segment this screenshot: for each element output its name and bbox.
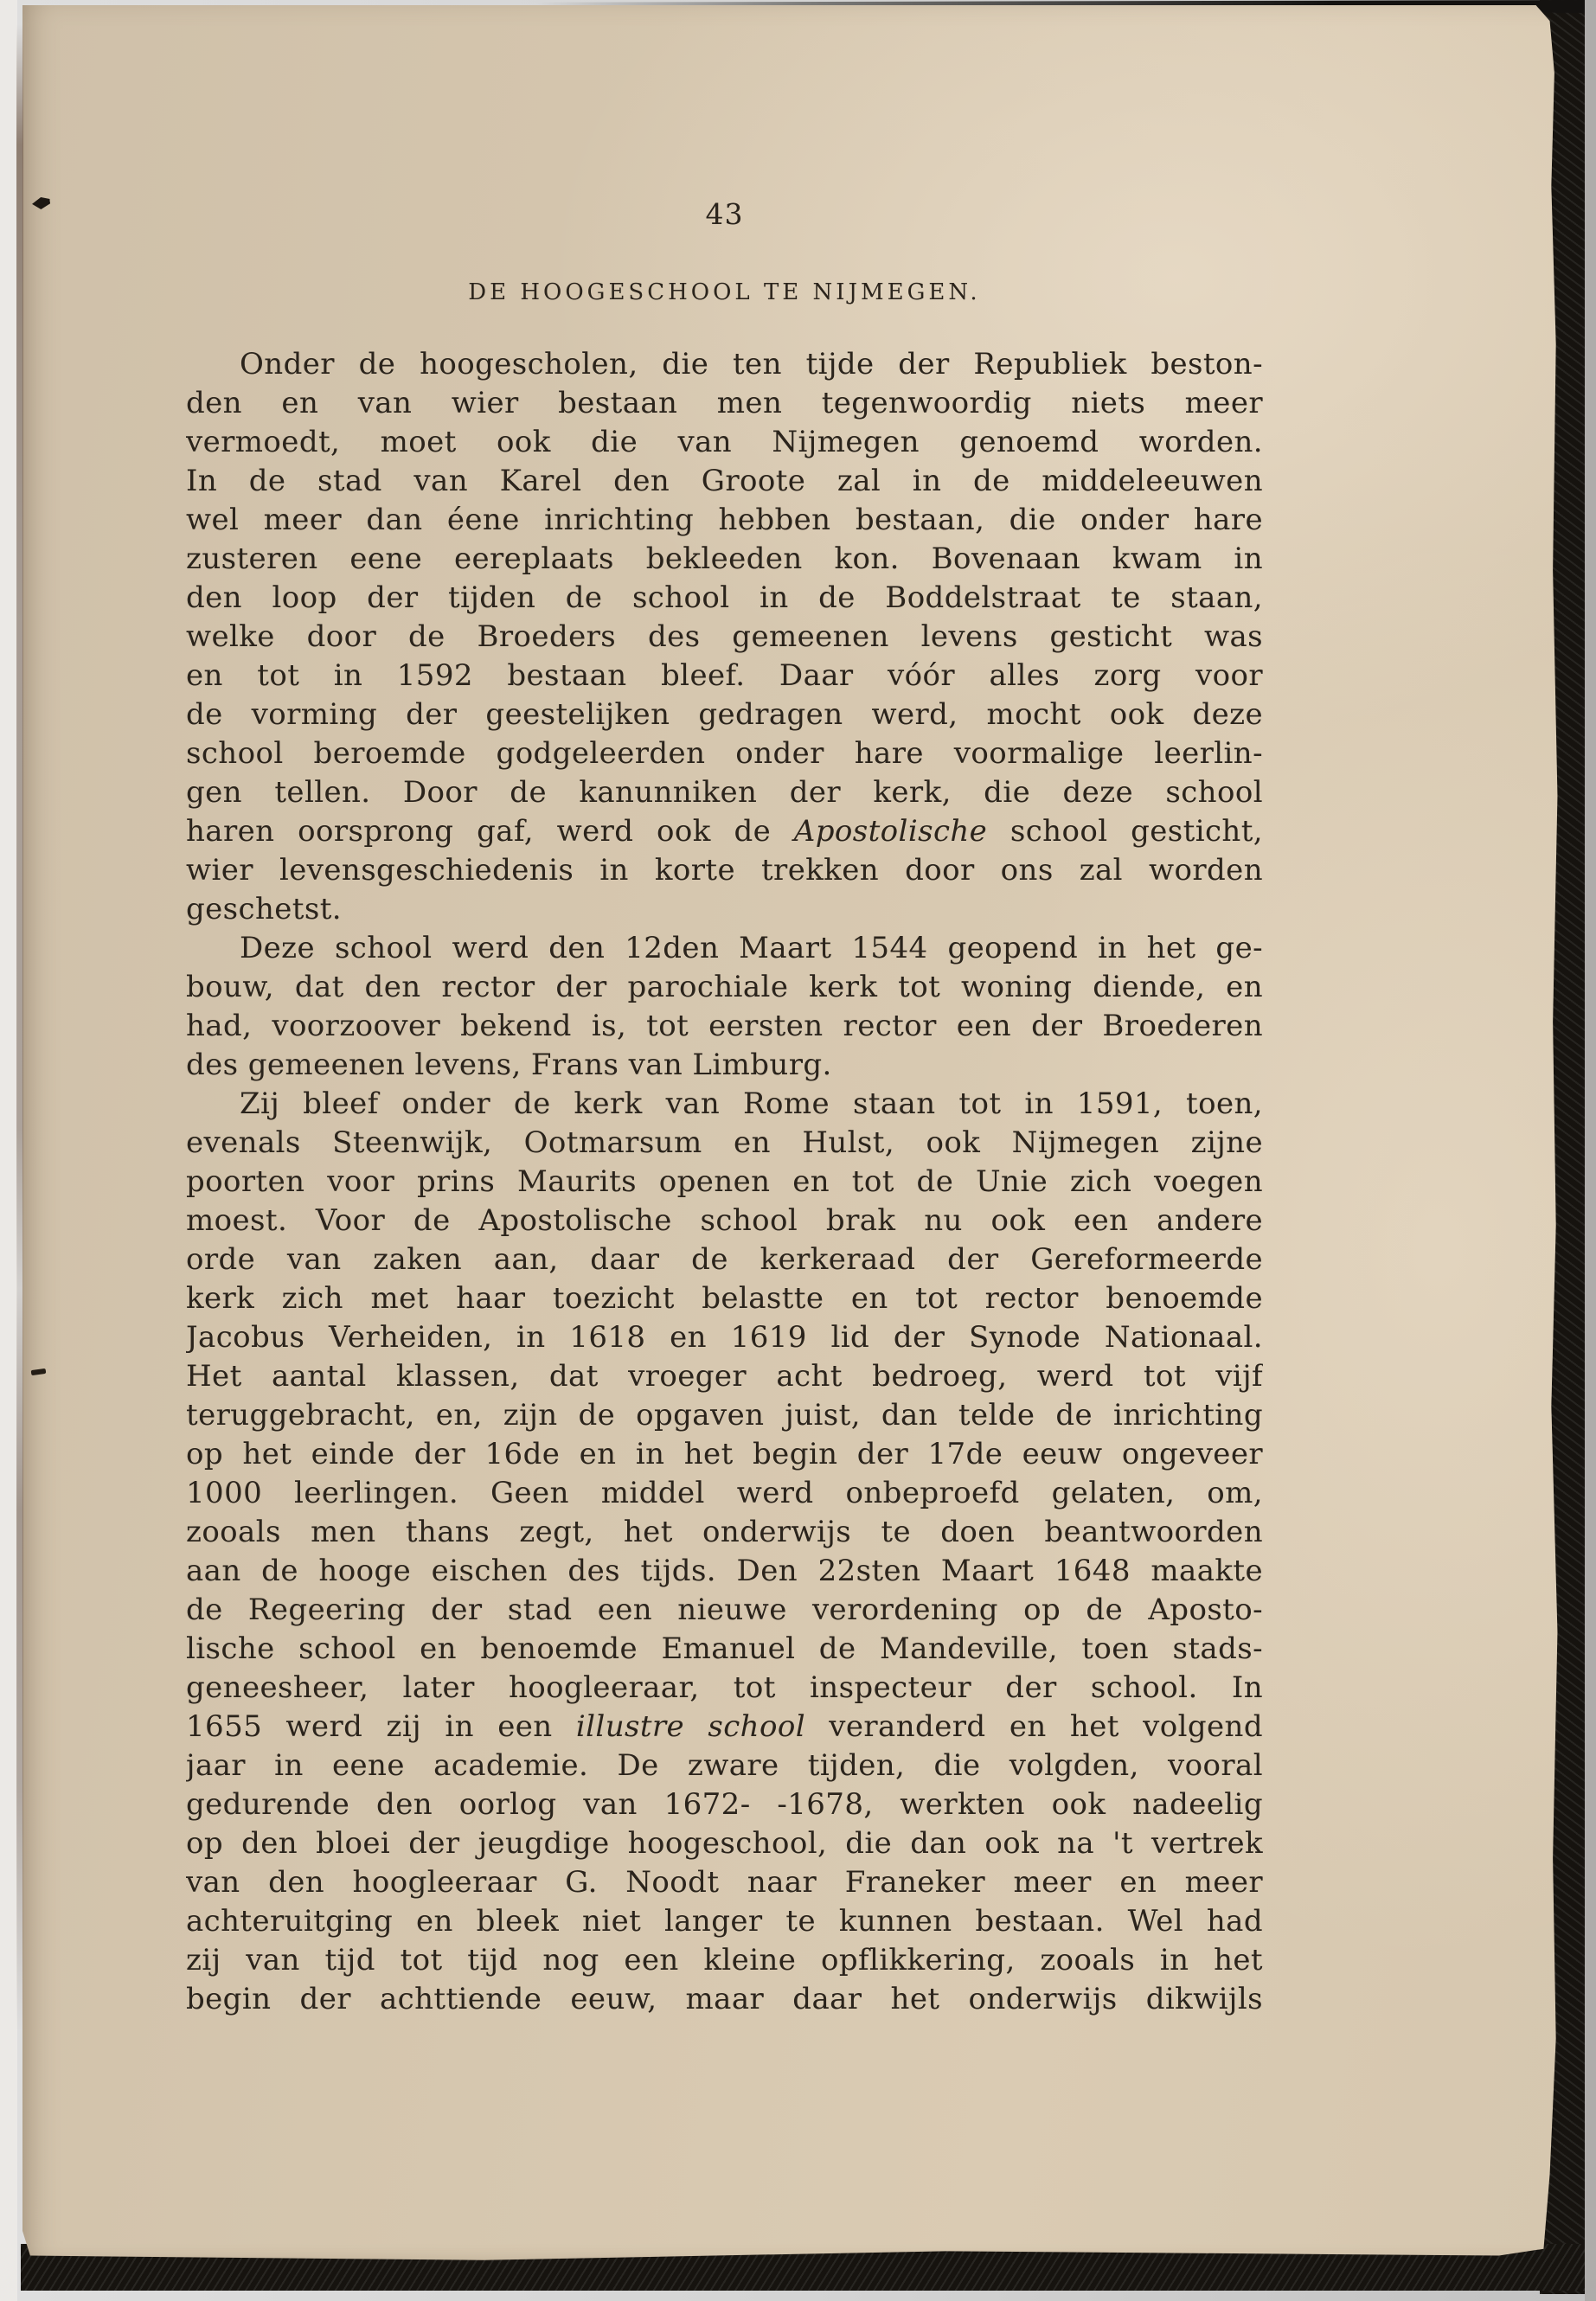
italic-text: illustre school xyxy=(576,1709,805,1744)
text-segment: veranderd en het volgend xyxy=(805,1709,1263,1744)
text-line: 1655 werd zij in een illustre school ver… xyxy=(186,1708,1263,1747)
text-line: den loop der tijden de school in de Bodd… xyxy=(186,579,1263,618)
text-line: 1000 leerlingen. Geen middel werd onbepr… xyxy=(186,1474,1263,1513)
text-line: de Regeering der stad een nieuwe verorde… xyxy=(186,1591,1263,1630)
text-segment: zusteren eene eereplaats bekleeden kon. … xyxy=(186,542,1263,576)
text-line: lische school en benoemde Emanuel de Man… xyxy=(186,1630,1263,1669)
text-line: orde van zaken aan, daar de kerkeraad de… xyxy=(186,1240,1263,1279)
text-line: teruggebracht, en, zijn de opgaven juist… xyxy=(186,1396,1263,1435)
text-line: Onder de hoogescholen, die ten tijde der… xyxy=(186,345,1263,384)
text-segment: school gesticht, xyxy=(987,814,1263,849)
text-line: jaar in eene academie. De zware tijden, … xyxy=(186,1747,1263,1785)
text-segment: op den bloei der jeugdige hoogeschool, d… xyxy=(186,1826,1263,1861)
text-segment: op het einde der 16de en in het begin de… xyxy=(186,1437,1263,1471)
text-line: bouw, dat den rector der parochiale kerk… xyxy=(186,968,1263,1007)
text-line: Zij bleef onder de kerk van Rome staan t… xyxy=(186,1085,1263,1124)
scanned-book-page: 43 DE HOOGESCHOOL TE NIJMEGEN. Onder de … xyxy=(0,0,1596,2301)
text-line: had, voorzoover bekend is, tot eersten r… xyxy=(186,1007,1263,1046)
text-segment: geneesheer, later hoogleeraar, tot inspe… xyxy=(186,1670,1263,1705)
text-segment: In de stad van Karel den Groote zal in d… xyxy=(186,464,1263,498)
page-number: 43 xyxy=(186,197,1263,231)
text-segment: geschetst. xyxy=(186,892,342,926)
text-segment: evenals Steenwijk, Ootmarsum en Hulst, o… xyxy=(186,1125,1263,1160)
text-segment: bouw, dat den rector der parochiale kerk… xyxy=(186,970,1263,1004)
paper-page: 43 DE HOOGESCHOOL TE NIJMEGEN. Onder de … xyxy=(22,5,1561,2265)
text-segment: moest. Voor de Apostolische school brak … xyxy=(186,1203,1263,1238)
text-line: Jacobus Verheiden, in 1618 en 1619 lid d… xyxy=(186,1318,1263,1357)
text-segment: had, voorzoover bekend is, tot eersten r… xyxy=(186,1009,1263,1043)
text-line: Het aantal klassen, dat vroeger acht bed… xyxy=(186,1357,1263,1396)
text-segment: 1655 werd zij in een xyxy=(186,1709,576,1744)
text-segment: den en van wier bestaan men tegenwoordig… xyxy=(186,386,1263,420)
text-segment: den loop der tijden de school in de Bodd… xyxy=(186,580,1263,615)
text-line: begin der achttiende eeuw, maar daar het… xyxy=(186,1980,1263,2019)
text-segment: jaar in eene academie. De zware tijden, … xyxy=(186,1748,1263,1783)
body-text: Onder de hoogescholen, die ten tijde der… xyxy=(186,345,1263,2019)
text-segment: de vorming der geestelijken gedragen wer… xyxy=(186,697,1263,732)
text-line: achteruitging en bleek niet langer te ku… xyxy=(186,1902,1263,1941)
text-segment: orde van zaken aan, daar de kerkeraad de… xyxy=(186,1242,1263,1277)
text-segment: achteruitging en bleek niet langer te ku… xyxy=(186,1904,1263,1939)
paragraph: Onder de hoogescholen, die ten tijde der… xyxy=(186,345,1263,929)
text-line: op den bloei der jeugdige hoogeschool, d… xyxy=(186,1824,1263,1863)
text-segment: zij van tijd tot tijd nog een kleine opf… xyxy=(186,1943,1263,1977)
text-line: des gemeenen levens, Frans van Limburg. xyxy=(186,1046,1263,1085)
text-line: van den hoogleeraar G. Noodt naar Franek… xyxy=(186,1863,1263,1902)
text-segment: Zij bleef onder de kerk van Rome staan t… xyxy=(240,1086,1263,1121)
text-line: school beroemde godgeleerden onder hare … xyxy=(186,734,1263,773)
text-segment: teruggebracht, en, zijn de opgaven juist… xyxy=(186,1398,1263,1433)
text-line: gen tellen. Door de kanunniken der kerk,… xyxy=(186,773,1263,812)
text-line: Deze school werd den 12den Maart 1544 ge… xyxy=(186,929,1263,968)
right-scan-margin xyxy=(1585,0,1596,2301)
text-line: geschetst. xyxy=(186,890,1263,929)
text-line: moest. Voor de Apostolische school brak … xyxy=(186,1202,1263,1240)
text-segment: Deze school werd den 12den Maart 1544 ge… xyxy=(240,931,1263,965)
text-line: wel meer dan éene inrichting hebben best… xyxy=(186,501,1263,540)
text-segment: vermoedt, moet ook die van Nijmegen geno… xyxy=(186,425,1263,459)
text-line: op het einde der 16de en in het begin de… xyxy=(186,1435,1263,1474)
page-stack-edge-line xyxy=(16,24,23,2031)
text-segment: zooals men thans zegt, het onderwijs te … xyxy=(186,1515,1263,1549)
italic-text: Apostolische xyxy=(794,814,987,849)
text-segment: lische school en benoemde Emanuel de Man… xyxy=(186,1631,1263,1666)
text-segment: gedurende den oorlog van 1672- -1678, we… xyxy=(186,1787,1263,1822)
text-line: wier levensgeschiedenis in korte trekken… xyxy=(186,851,1263,890)
text-segment: van den hoogleeraar G. Noodt naar Franek… xyxy=(186,1865,1263,1900)
text-segment: Het aantal klassen, dat vroeger acht bed… xyxy=(186,1359,1263,1394)
text-segment: de Regeering der stad een nieuwe verorde… xyxy=(186,1593,1263,1627)
text-segment: 1000 leerlingen. Geen middel werd onbepr… xyxy=(186,1476,1263,1510)
text-segment: wel meer dan éene inrichting hebben best… xyxy=(186,503,1263,537)
text-segment: Onder de hoogescholen, die ten tijde der… xyxy=(240,347,1263,381)
text-segment: wier levensgeschiedenis in korte trekken… xyxy=(186,853,1263,888)
text-line: poorten voor prins Maurits openen en tot… xyxy=(186,1163,1263,1202)
text-segment: kerk zich met haar toezicht belastte en … xyxy=(186,1281,1263,1316)
text-line: den en van wier bestaan men tegenwoordig… xyxy=(186,384,1263,423)
text-segment: gen tellen. Door de kanunniken der kerk,… xyxy=(186,775,1263,810)
text-line: zij van tijd tot tijd nog een kleine opf… xyxy=(186,1941,1263,1980)
text-line: haren oorsprong gaf, werd ook de Apostol… xyxy=(186,812,1263,851)
text-segment: begin der achttiende eeuw, maar daar het… xyxy=(186,1982,1263,2016)
text-segment: welke door de Broeders des gemeenen leve… xyxy=(186,619,1263,654)
text-line: welke door de Broeders des gemeenen leve… xyxy=(186,618,1263,657)
text-segment: aan de hooge eischen des tijds. Den 22st… xyxy=(186,1554,1263,1588)
chapter-heading: DE HOOGESCHOOL TE NIJMEGEN. xyxy=(186,279,1263,305)
text-line: evenals Steenwijk, Ootmarsum en Hulst, o… xyxy=(186,1124,1263,1163)
text-line: In de stad van Karel den Groote zal in d… xyxy=(186,462,1263,501)
text-line: vermoedt, moet ook die van Nijmegen geno… xyxy=(186,423,1263,462)
text-line: kerk zich met haar toezicht belastte en … xyxy=(186,1279,1263,1318)
paragraph: Zij bleef onder de kerk van Rome staan t… xyxy=(186,1085,1263,2019)
text-segment: en tot in 1592 bestaan bleef. Daar vóór … xyxy=(186,658,1263,693)
text-line: geneesheer, later hoogleeraar, tot inspe… xyxy=(186,1669,1263,1708)
text-line: gedurende den oorlog van 1672- -1678, we… xyxy=(186,1785,1263,1824)
text-line: en tot in 1592 bestaan bleef. Daar vóór … xyxy=(186,657,1263,695)
text-line: de vorming der geestelijken gedragen wer… xyxy=(186,695,1263,734)
page-content: 43 DE HOOGESCHOOL TE NIJMEGEN. Onder de … xyxy=(186,5,1263,2019)
text-segment: des gemeenen levens, Frans van Limburg. xyxy=(186,1048,832,1082)
text-segment: haren oorsprong gaf, werd ook de xyxy=(186,814,794,849)
text-segment: school beroemde godgeleerden onder hare … xyxy=(186,736,1263,771)
text-segment: Jacobus Verheiden, in 1618 en 1619 lid d… xyxy=(186,1320,1263,1355)
text-line: zooals men thans zegt, het onderwijs te … xyxy=(186,1513,1263,1552)
paragraph: Deze school werd den 12den Maart 1544 ge… xyxy=(186,929,1263,1085)
text-segment: poorten voor prins Maurits openen en tot… xyxy=(186,1164,1263,1199)
text-line: zusteren eene eereplaats bekleeden kon. … xyxy=(186,540,1263,579)
text-line: aan de hooge eischen des tijds. Den 22st… xyxy=(186,1552,1263,1591)
left-scan-margin xyxy=(0,0,17,2301)
